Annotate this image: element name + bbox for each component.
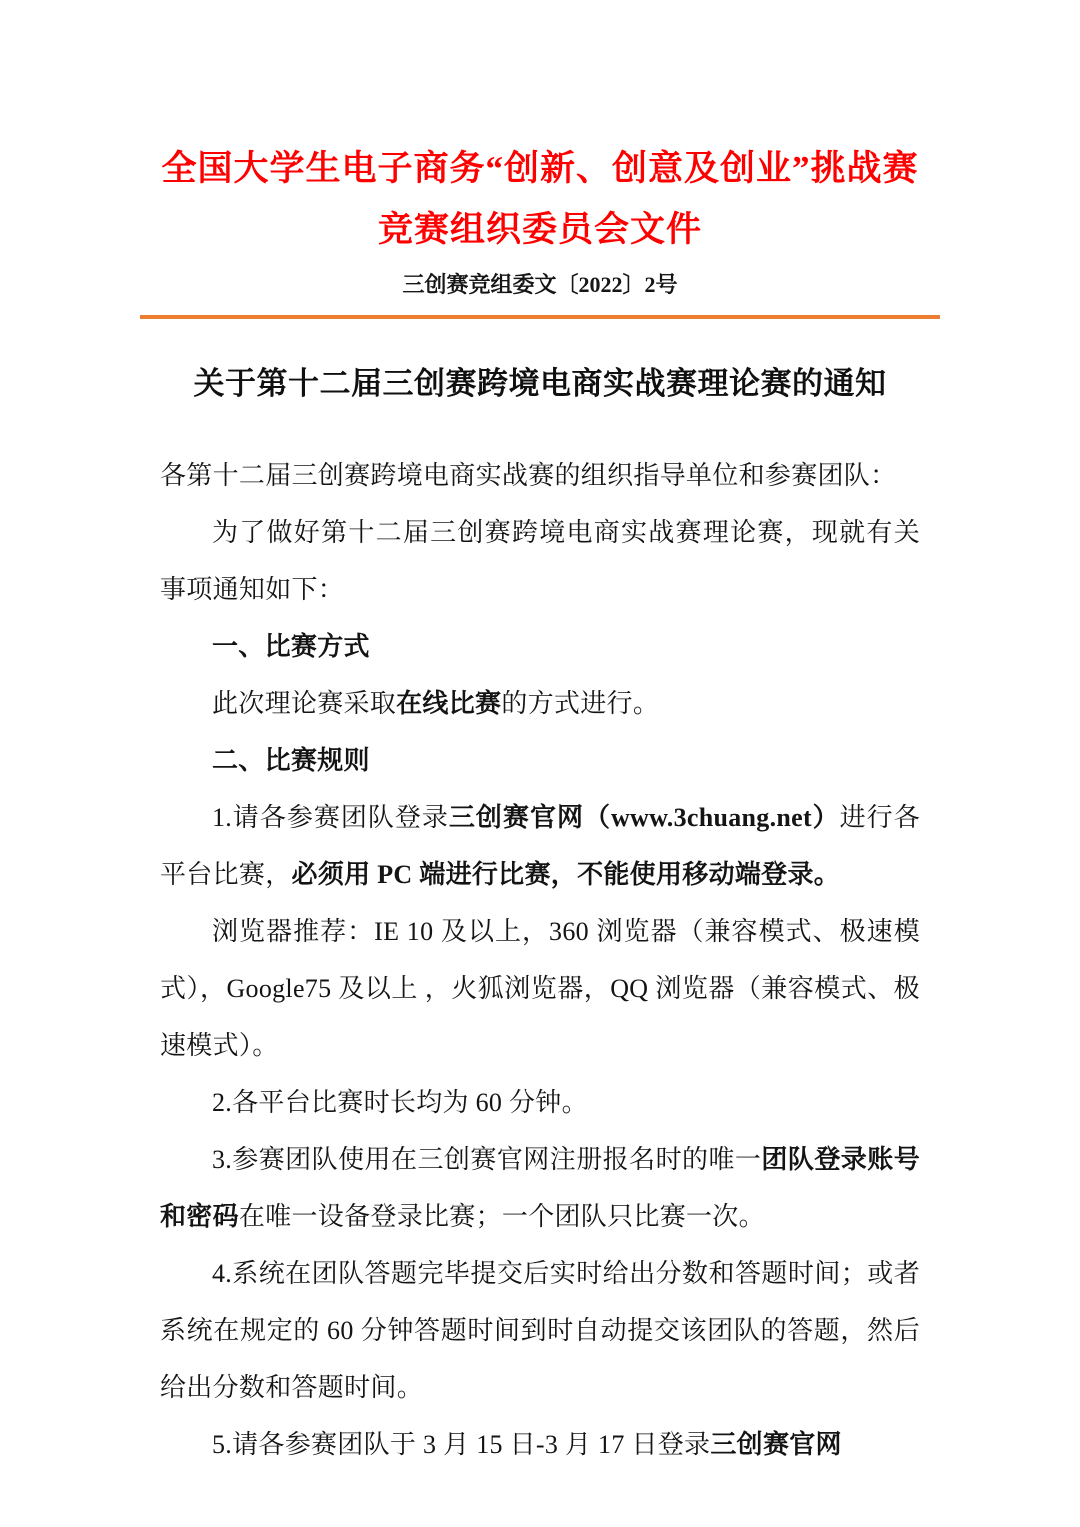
letterhead-divider-rule — [140, 315, 940, 319]
text-run: 在唯一设备登录比赛；一个团队只比赛一次。 — [239, 1202, 765, 1231]
text-run: 为了做好第十二届三创赛跨境电商实战赛理论赛，现就有关事项通知如下： — [160, 518, 920, 604]
paragraph: 浏览器推荐：IE 10 及以上，360 浏览器（兼容模式、极速模式），Googl… — [160, 903, 920, 1074]
paragraph: 为了做好第十二届三创赛跨境电商实战赛理论赛，现就有关事项通知如下： — [160, 504, 920, 618]
notice-body: 各第十二届三创赛跨境电商实战赛的组织指导单位和参赛团队：为了做好第十二届三创赛跨… — [160, 447, 920, 1473]
text-run: 2.各平台比赛时长均为 60 分钟。 — [212, 1088, 588, 1117]
paragraph: 5.请各参赛团队于 3 月 15 日-3 月 17 日登录三创赛官网 — [160, 1416, 920, 1473]
paragraph: 1.请各参赛团队登录三创赛官网（www.3chuang.net）进行各平台比赛，… — [160, 789, 920, 903]
text-run: 3.参赛团队使用在三创赛官网注册报名时的唯一 — [212, 1145, 761, 1174]
org-title-line1: 全国大学生电子商务“创新、创意及创业”挑战赛 — [140, 138, 940, 199]
paragraph: 各第十二届三创赛跨境电商实战赛的组织指导单位和参赛团队： — [160, 447, 920, 504]
paragraph: 此次理论赛采取在线比赛的方式进行。 — [160, 675, 920, 732]
doc-number: 三创赛竞组委文〔2022〕2号 — [140, 270, 940, 300]
text-run: 4.系统在团队答题完毕提交后实时给出分数和答题时间；或者系统在规定的 60 分钟… — [160, 1259, 920, 1402]
paragraph: 2.各平台比赛时长均为 60 分钟。 — [160, 1074, 920, 1131]
text-run: 浏览器推荐：IE 10 及以上，360 浏览器（兼容模式、极速模式），Googl… — [160, 917, 920, 1060]
text-run-bold: 一、比赛方式 — [212, 632, 370, 661]
text-run-bold: 二、比赛规则 — [212, 746, 370, 775]
text-run: 5.请各参赛团队于 3 月 15 日-3 月 17 日登录 — [212, 1430, 710, 1459]
paragraph: 4.系统在团队答题完毕提交后实时给出分数和答题时间；或者系统在规定的 60 分钟… — [160, 1245, 920, 1416]
text-run: 1.请各参赛团队登录 — [212, 803, 449, 832]
text-run: 的方式进行。 — [501, 689, 659, 718]
notice: 关于第十二届三创赛跨境电商实战赛理论赛的通知 各第十二届三创赛跨境电商实战赛的组… — [140, 363, 940, 1473]
text-run-bold: 必须用 PC 端进行比赛，不能使用移动端登录。 — [292, 860, 841, 889]
text-run: 各第十二届三创赛跨境电商实战赛的组织指导单位和参赛团队： — [160, 461, 896, 490]
text-run: 此次理论赛采取 — [212, 689, 396, 718]
text-run-bold: 在线比赛 — [396, 689, 501, 718]
paragraph: 一、比赛方式 — [160, 618, 920, 675]
document-page: 全国大学生电子商务“创新、创意及创业”挑战赛 竞赛组织委员会文件 三创赛竞组委文… — [0, 0, 1080, 1527]
text-run-bold: 三创赛官网 — [710, 1430, 842, 1459]
notice-title: 关于第十二届三创赛跨境电商实战赛理论赛的通知 — [140, 363, 940, 404]
letterhead: 全国大学生电子商务“创新、创意及创业”挑战赛 竞赛组织委员会文件 三创赛竞组委文… — [140, 138, 940, 319]
text-run-bold: 三创赛官网（www.3chuang.net） — [449, 803, 840, 832]
org-title-line2: 竞赛组织委员会文件 — [140, 199, 940, 260]
paragraph: 3.参赛团队使用在三创赛官网注册报名时的唯一团队登录账号和密码在唯一设备登录比赛… — [160, 1131, 920, 1245]
paragraph: 二、比赛规则 — [160, 732, 920, 789]
